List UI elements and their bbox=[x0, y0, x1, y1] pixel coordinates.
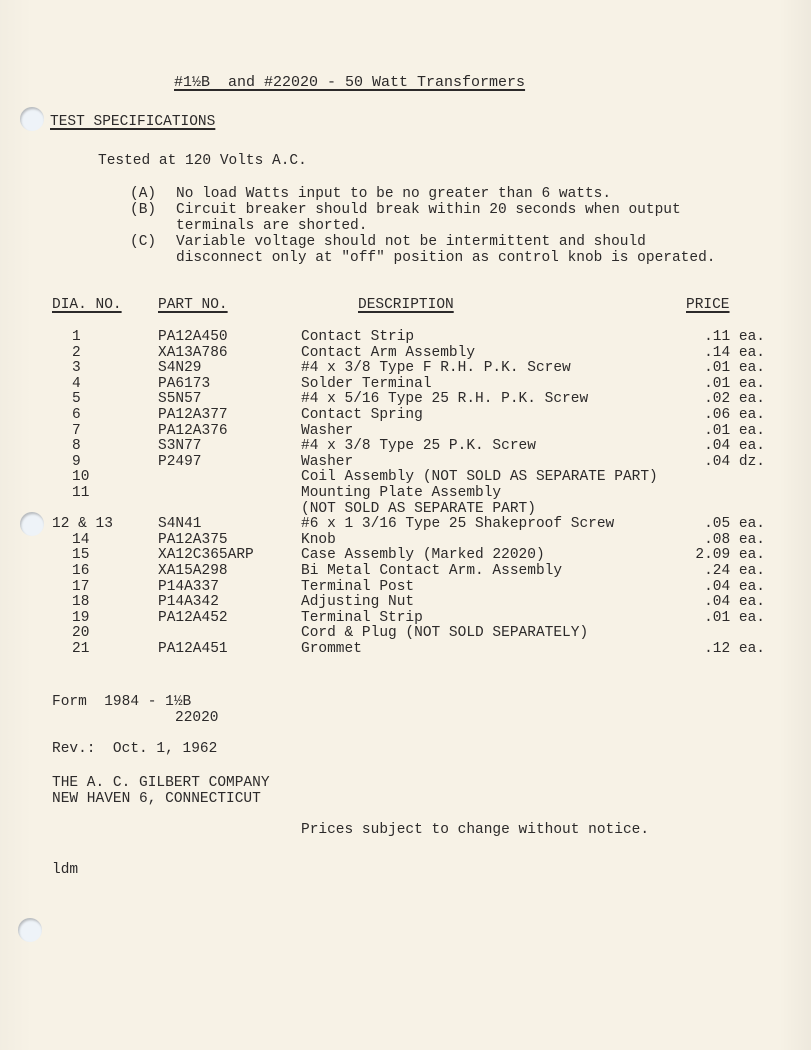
table-row: 16XA15A298Bi Metal Contact Arm. Assembly… bbox=[0, 563, 811, 579]
part-description: Grommet bbox=[301, 641, 362, 657]
dia-number: 3 bbox=[72, 360, 81, 376]
part-number: PA6173 bbox=[158, 376, 210, 392]
revision-date: Rev.: Oct. 1, 1962 bbox=[52, 741, 217, 757]
dia-number: 18 bbox=[72, 594, 89, 610]
part-number: S4N41 bbox=[158, 516, 202, 532]
part-price: .14 ea. bbox=[704, 345, 765, 361]
table-row: 1PA12A450Contact Strip.11 ea. bbox=[0, 329, 811, 345]
spec-label: (B) bbox=[130, 202, 156, 218]
table-row: 10Coil Assembly (NOT SOLD AS SEPARATE PA… bbox=[0, 469, 811, 485]
part-number: PA12A452 bbox=[158, 610, 228, 626]
part-number: S3N77 bbox=[158, 438, 202, 454]
table-row: 3S4N29#4 x 3/8 Type F R.H. P.K. Screw.01… bbox=[0, 360, 811, 376]
part-description: Terminal Post bbox=[301, 579, 414, 595]
table-row: 20Cord & Plug (NOT SOLD SEPARATELY) bbox=[0, 625, 811, 641]
company-name: THE A. C. GILBERT COMPANY bbox=[52, 775, 270, 791]
test-condition: Tested at 120 Volts A.C. bbox=[98, 153, 307, 169]
part-number: P14A337 bbox=[158, 579, 219, 595]
part-price: .02 ea. bbox=[704, 391, 765, 407]
part-price: .04 ea. bbox=[704, 579, 765, 595]
dia-number: 7 bbox=[72, 423, 81, 439]
part-number: P14A342 bbox=[158, 594, 219, 610]
table-row: 7PA12A376Washer.01 ea. bbox=[0, 423, 811, 439]
part-description: (NOT SOLD AS SEPARATE PART) bbox=[301, 501, 536, 517]
part-number: S5N57 bbox=[158, 391, 202, 407]
part-number: XA12C365ARP bbox=[158, 547, 254, 563]
dia-number: 19 bbox=[72, 610, 89, 626]
part-description: Knob bbox=[301, 532, 336, 548]
table-row: 14PA12A375Knob.08 ea. bbox=[0, 532, 811, 548]
hole-punch-bottom bbox=[18, 918, 42, 942]
part-price: .12 ea. bbox=[704, 641, 765, 657]
spec-text: Circuit breaker should break within 20 s… bbox=[176, 202, 681, 218]
section-heading: TEST SPECIFICATIONS bbox=[50, 114, 215, 130]
part-description: Contact Strip bbox=[301, 329, 414, 345]
table-row: 4PA6173Solder Terminal.01 ea. bbox=[0, 376, 811, 392]
part-price: 2.09 ea. bbox=[695, 547, 765, 563]
price-notice: Prices subject to change without notice. bbox=[301, 822, 649, 838]
part-price: .01 ea. bbox=[704, 360, 765, 376]
dia-number: 12 & 13 bbox=[52, 516, 113, 532]
part-price: .04 ea. bbox=[704, 438, 765, 454]
part-description: Coil Assembly (NOT SOLD AS SEPARATE PART… bbox=[301, 469, 658, 485]
dia-number: 4 bbox=[72, 376, 81, 392]
dia-number: 21 bbox=[72, 641, 89, 657]
table-row: 6PA12A377Contact Spring.06 ea. bbox=[0, 407, 811, 423]
part-price: .05 ea. bbox=[704, 516, 765, 532]
table-row: (NOT SOLD AS SEPARATE PART) bbox=[0, 501, 811, 517]
part-price: .11 ea. bbox=[704, 329, 765, 345]
part-description: Adjusting Nut bbox=[301, 594, 414, 610]
form-number: Form 1984 - 1½B bbox=[52, 694, 191, 710]
dia-number: 20 bbox=[72, 625, 89, 641]
dia-number: 8 bbox=[72, 438, 81, 454]
part-description: Solder Terminal bbox=[301, 376, 432, 392]
header-price: PRICE bbox=[686, 297, 730, 313]
spec-label: (C) bbox=[130, 234, 156, 250]
table-row: 5S5N57#4 x 5/16 Type 25 R.H. P.K. Screw.… bbox=[0, 391, 811, 407]
table-row: 2XA13A786Contact Arm Assembly.14 ea. bbox=[0, 345, 811, 361]
part-number: XA13A786 bbox=[158, 345, 228, 361]
part-description: #6 x 1 3/16 Type 25 Shakeproof Screw bbox=[301, 516, 614, 532]
table-row: 19PA12A452Terminal Strip.01 ea. bbox=[0, 610, 811, 626]
part-price: .08 ea. bbox=[704, 532, 765, 548]
part-description: Washer bbox=[301, 423, 353, 439]
part-price: .04 dz. bbox=[704, 454, 765, 470]
part-description: Case Assembly (Marked 22020) bbox=[301, 547, 545, 563]
form-number-line2: 22020 bbox=[175, 710, 219, 726]
table-row: 15XA12C365ARPCase Assembly (Marked 22020… bbox=[0, 547, 811, 563]
header-part-no: PART NO. bbox=[158, 297, 228, 313]
hole-punch-top bbox=[20, 107, 44, 131]
dia-number: 5 bbox=[72, 391, 81, 407]
header-description: DESCRIPTION bbox=[358, 297, 454, 313]
spec-label: (A) bbox=[130, 186, 156, 202]
dia-number: 17 bbox=[72, 579, 89, 595]
part-description: Cord & Plug (NOT SOLD SEPARATELY) bbox=[301, 625, 588, 641]
dia-number: 1 bbox=[72, 329, 81, 345]
part-description: Contact Spring bbox=[301, 407, 423, 423]
part-description: Mounting Plate Assembly bbox=[301, 485, 501, 501]
dia-number: 16 bbox=[72, 563, 89, 579]
part-description: Washer bbox=[301, 454, 353, 470]
part-number: XA15A298 bbox=[158, 563, 228, 579]
part-description: #4 x 5/16 Type 25 R.H. P.K. Screw bbox=[301, 391, 588, 407]
part-number: PA12A377 bbox=[158, 407, 228, 423]
part-price: .01 ea. bbox=[704, 610, 765, 626]
part-number: P2497 bbox=[158, 454, 202, 470]
table-row: 11Mounting Plate Assembly bbox=[0, 485, 811, 501]
part-price: .24 ea. bbox=[704, 563, 765, 579]
spec-text: No load Watts input to be no greater tha… bbox=[176, 186, 611, 202]
dia-number: 15 bbox=[72, 547, 89, 563]
dia-number: 2 bbox=[72, 345, 81, 361]
part-description: #4 x 3/8 Type F R.H. P.K. Screw bbox=[301, 360, 571, 376]
dia-number: 6 bbox=[72, 407, 81, 423]
spec-text: disconnect only at "off" position as con… bbox=[176, 250, 716, 266]
table-row: 17P14A337Terminal Post.04 ea. bbox=[0, 579, 811, 595]
document-title: #1½B and #22020 - 50 Watt Transformers bbox=[174, 74, 525, 91]
part-number: PA12A450 bbox=[158, 329, 228, 345]
part-price: .06 ea. bbox=[704, 407, 765, 423]
part-number: PA12A375 bbox=[158, 532, 228, 548]
header-dia-no: DIA. NO. bbox=[52, 297, 122, 313]
dia-number: 9 bbox=[72, 454, 81, 470]
part-price: .01 ea. bbox=[704, 376, 765, 392]
table-row: 12 & 13S4N41#6 x 1 3/16 Type 25 Shakepro… bbox=[0, 516, 811, 532]
part-number: S4N29 bbox=[158, 360, 202, 376]
dia-number: 14 bbox=[72, 532, 89, 548]
part-description: Bi Metal Contact Arm. Assembly bbox=[301, 563, 562, 579]
table-row: 9P2497Washer.04 dz. bbox=[0, 454, 811, 470]
table-row: 18P14A342Adjusting Nut.04 ea. bbox=[0, 594, 811, 610]
company-address: NEW HAVEN 6, CONNECTICUT bbox=[52, 791, 261, 807]
part-number: PA12A451 bbox=[158, 641, 228, 657]
part-price: .01 ea. bbox=[704, 423, 765, 439]
dia-number: 10 bbox=[72, 469, 89, 485]
part-number: PA12A376 bbox=[158, 423, 228, 439]
table-row: 8S3N77#4 x 3/8 Type 25 P.K. Screw.04 ea. bbox=[0, 438, 811, 454]
part-description: #4 x 3/8 Type 25 P.K. Screw bbox=[301, 438, 536, 454]
table-row: 21PA12A451Grommet.12 ea. bbox=[0, 641, 811, 657]
part-price: .04 ea. bbox=[704, 594, 765, 610]
spec-text: Variable voltage should not be intermitt… bbox=[176, 234, 646, 250]
spec-text: terminals are shorted. bbox=[176, 218, 367, 234]
part-description: Terminal Strip bbox=[301, 610, 423, 626]
dia-number: 11 bbox=[72, 485, 89, 501]
part-description: Contact Arm Assembly bbox=[301, 345, 475, 361]
typist-initials: ldm bbox=[52, 862, 78, 878]
